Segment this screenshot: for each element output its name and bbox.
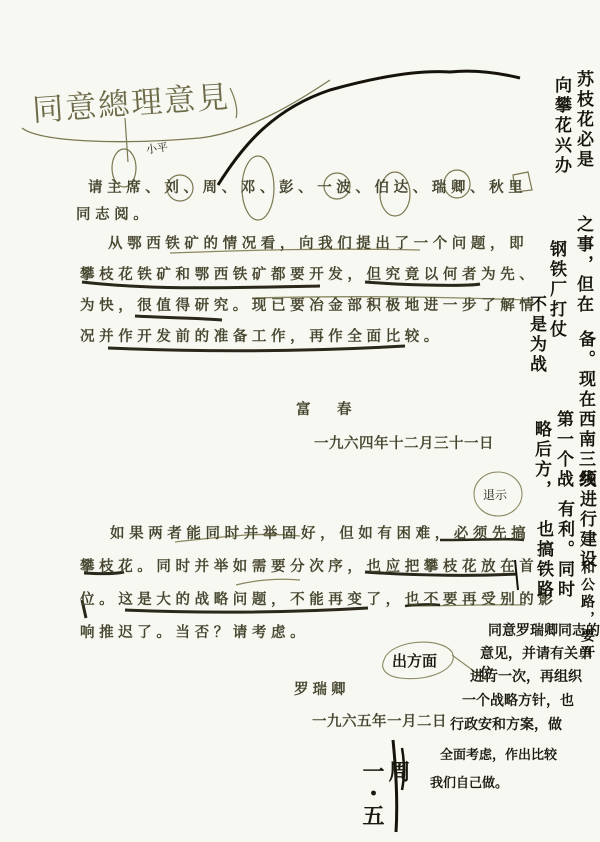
memo2-para-line3: 位。这是大的战略问题，不能再变了，也不要再受别的影 <box>80 588 558 609</box>
memo1-para-line2: 攀枝花铁矿和鄂西铁矿都要开发，但究竟以何者为先、 <box>80 263 538 284</box>
memo2-date: 一九六五年一月二日 <box>312 710 447 731</box>
bottom-block-line-4: 一个战略方针，也 <box>462 690 574 710</box>
memo1-date: 一九六四年十二月三十一日 <box>314 432 494 453</box>
bottom-block-line-1: 同意罗瑞卿同志的 <box>488 620 600 640</box>
memo2-para-line4: 响推迟了。当否？请考虑。 <box>80 621 309 642</box>
memo1-para-line4: 况并作开发前的准备工作，再作全面比较。 <box>80 325 443 346</box>
margin-col-4: 钢铁厂打仗 <box>545 240 566 340</box>
margin-col-8: 略后方， <box>530 420 551 500</box>
memo1-signature: 富 春 <box>296 398 358 419</box>
memo1-addressees-line1: 请主席、刘、周、邓、彭、一波、伯达、瑞卿、秋里 <box>88 176 527 197</box>
bottom-block-line-7: 我们自己做。 <box>430 772 508 791</box>
bottom-signature: 周 一・五 <box>358 760 410 842</box>
bubble-annotation-fangmian: 出方面 <box>392 650 437 671</box>
memo1-addressees-line2: 同志阅。 <box>76 203 152 224</box>
bubble-annotation-tuishi: 退示 <box>483 486 507 503</box>
margin-col-5: 不是为战 <box>525 295 546 375</box>
memo2-para-line2: 攀枝花。同时并举如需要分次序，也应把攀枝花放在首 <box>80 555 538 576</box>
margin-col-7: 第一个战 <box>552 410 573 490</box>
memo1-para-line3: 为快，很值得研究。现已要冶金部积极地进一步了解情 <box>80 294 538 315</box>
memo2-para-line1: 如果两者能同时并举固好，但如有困难，必须先搞 <box>110 522 530 543</box>
margin-col-9: 须进行建设 <box>575 470 596 570</box>
margin-col-3: 之事，但在 <box>572 215 593 315</box>
margin-col-6: 备。现在西南三线 <box>574 330 595 490</box>
bottom-block-line-6: 全面考虑，作出比较 <box>440 744 557 763</box>
margin-col-2: 向攀花兴办 <box>550 76 571 176</box>
margin-col-11: 也搞铁路 <box>532 520 553 600</box>
margin-col-10: 有利。同时 <box>553 500 574 600</box>
pencil-annotation-agree: 同意總理意見 <box>31 71 232 130</box>
memo2-signature: 罗瑞卿 <box>294 678 350 699</box>
memo1-para-line1: 从鄂西铁矿的情况看，向我们提出了一个问题，即 <box>108 232 528 253</box>
margin-col-1: 苏枝花必是 <box>572 70 593 170</box>
document-page: 同意總理意見 小平 请主席、刘、周、邓、彭、一波、伯达、瑞卿、秋里 同志阅。 从… <box>0 0 600 842</box>
handwritten-xiaoping: 小平 <box>145 139 169 158</box>
bottom-block-line-3: 进行一次，再组织 <box>470 666 582 686</box>
bottom-block-line-5: 行政安和方案，做 <box>450 714 562 734</box>
